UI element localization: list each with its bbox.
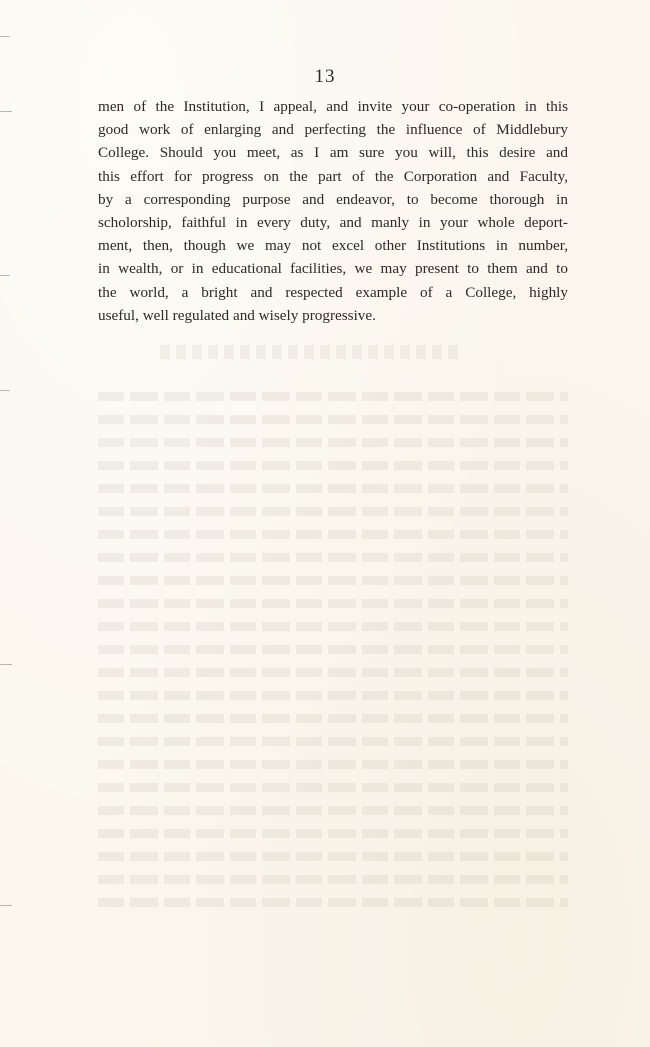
text-line: by a corresponding purpose and endeavor,… bbox=[98, 188, 568, 211]
text-line: ment, then, though we may not excel othe… bbox=[98, 234, 568, 257]
document-page: 13 men of the Institution, I appeal, and… bbox=[0, 0, 650, 1047]
text-line: in wealth, or in educational facilities,… bbox=[98, 257, 568, 280]
text-line: useful, well regulated and wisely progre… bbox=[98, 304, 568, 327]
text-line: scholorship, faithful in every duty, and… bbox=[98, 211, 568, 234]
text-line: this effort for progress on the part of … bbox=[98, 165, 568, 188]
text-line: College. Should you meet, as I am sure y… bbox=[98, 141, 568, 164]
page-edge-mark bbox=[0, 664, 12, 665]
page-edge-mark bbox=[0, 390, 10, 391]
text-line: men of the Institution, I appeal, and in… bbox=[98, 95, 568, 118]
page-number: 13 bbox=[0, 66, 650, 88]
page-edge-mark bbox=[0, 111, 12, 112]
reverse-side-bleed-heading bbox=[160, 345, 460, 359]
page-edge-mark bbox=[0, 36, 10, 37]
body-paragraph: men of the Institution, I appeal, and in… bbox=[98, 95, 568, 327]
text-line: good work of enlarging and perfecting th… bbox=[98, 118, 568, 141]
text-line: the world, a bright and respected exampl… bbox=[98, 281, 568, 304]
page-edge-mark bbox=[0, 275, 10, 276]
page-edge-mark bbox=[0, 905, 12, 906]
reverse-side-bleed-text bbox=[98, 392, 568, 912]
